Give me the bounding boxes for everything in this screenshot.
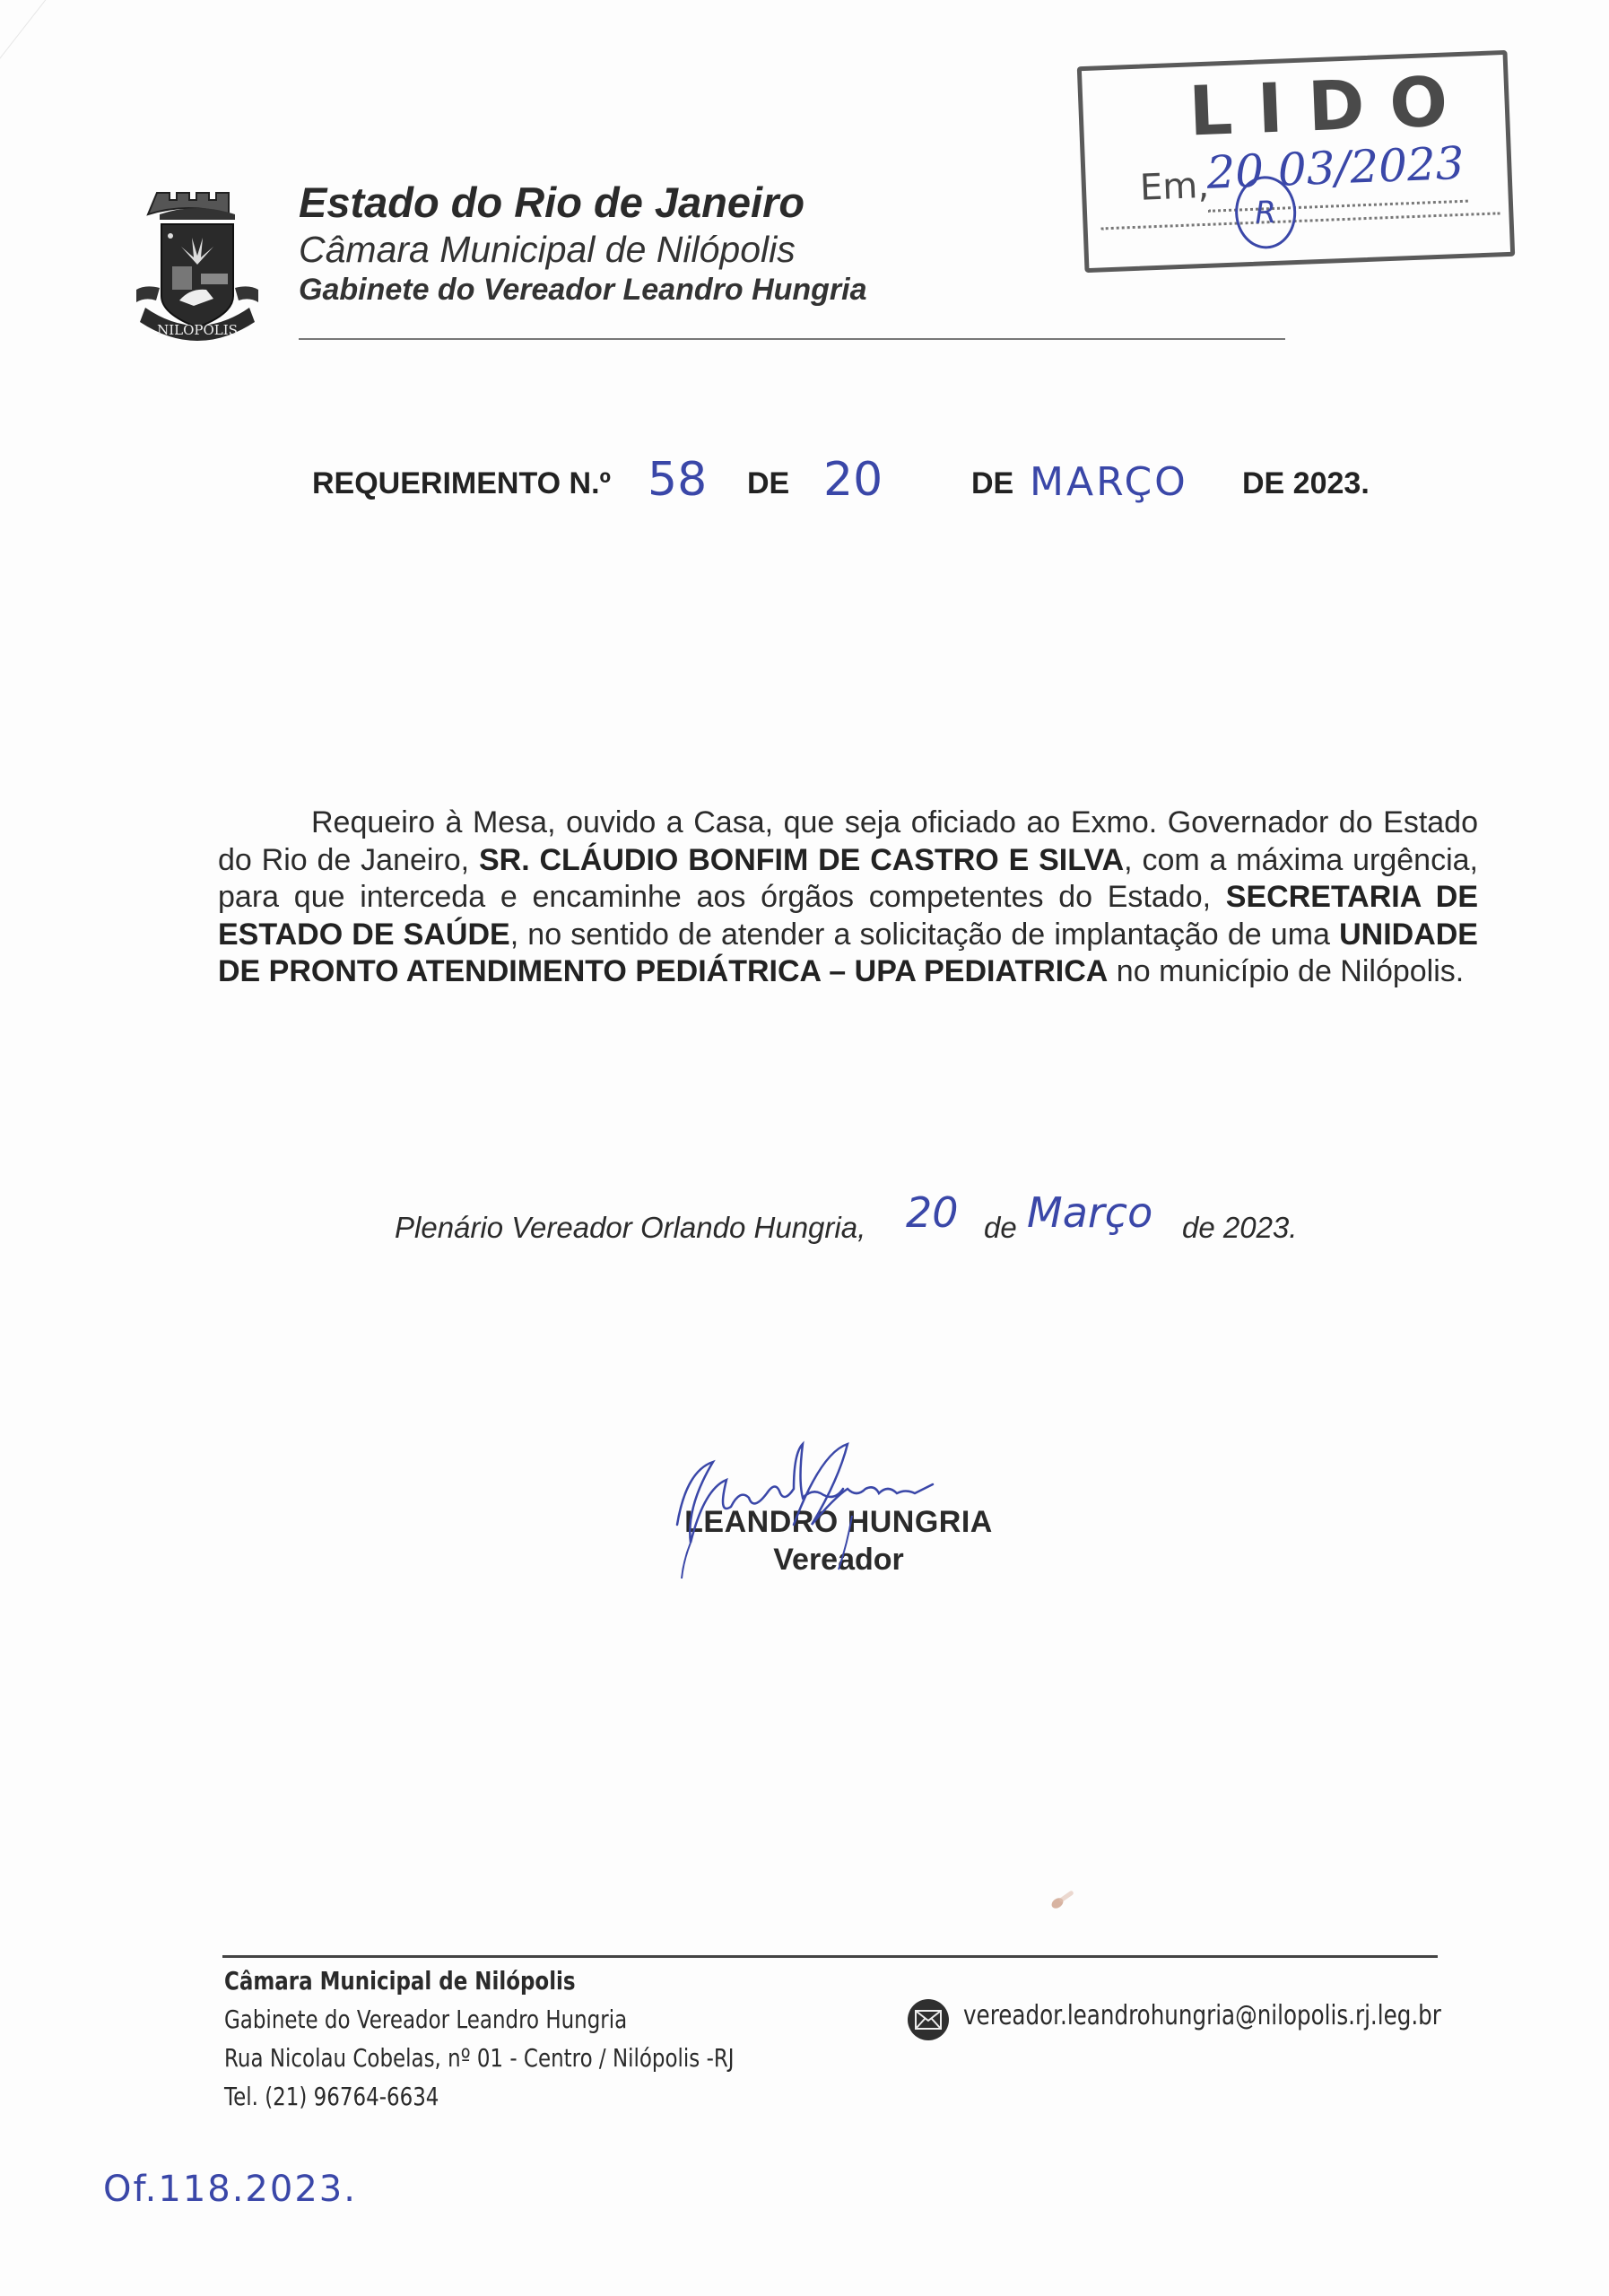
req-year: DE 2023. bbox=[1242, 466, 1370, 501]
body-text: no município de Nilópolis. bbox=[1108, 954, 1464, 988]
request-body: Requeiro à Mesa, ouvido a Casa, que seja… bbox=[218, 804, 1478, 991]
closing-de: de bbox=[984, 1211, 1017, 1245]
municipal-crest-icon: NILOPOLIS bbox=[126, 184, 269, 345]
closing-month: Março bbox=[1027, 1188, 1152, 1237]
header-state: Estado do Rio de Janeiro bbox=[299, 178, 804, 227]
footer-phone: Tel. (21) 96764-6634 bbox=[224, 2082, 439, 2111]
stamp-initial: R bbox=[1255, 194, 1277, 230]
req-day: 20 bbox=[823, 453, 883, 507]
closing-day: 20 bbox=[906, 1188, 959, 1237]
req-de: DE bbox=[747, 466, 789, 501]
header-chamber: Câmara Municipal de Nilópolis bbox=[299, 229, 796, 271]
ink-smudge bbox=[1058, 1890, 1074, 1902]
closing-place: Plenário Vereador Orlando Hungria, bbox=[395, 1211, 865, 1245]
footer-address: Rua Nicolau Cobelas, nº 01 - Centro / Ni… bbox=[224, 2043, 735, 2073]
body-text: , no sentido de atender a solicitação de… bbox=[510, 918, 1339, 952]
governor-name: SR. CLÁUDIO BONFIM DE CASTRO E SILVA bbox=[479, 843, 1124, 877]
req-de: DE bbox=[971, 466, 1013, 501]
handwritten-signature bbox=[641, 1426, 1018, 1583]
closing-year: de 2023. bbox=[1182, 1211, 1297, 1245]
req-label: REQUERIMENTO N.º bbox=[312, 466, 611, 501]
footer-divider bbox=[222, 1955, 1438, 1958]
stamp-em-label: Em, bbox=[1139, 165, 1210, 209]
req-month: MARÇO bbox=[1030, 459, 1188, 505]
footer-email[interactable]: vereador.leandrohungria@nilopolis.rj.leg… bbox=[963, 2000, 1441, 2031]
header-office: Gabinete do Vereador Leandro Hungria bbox=[299, 273, 867, 308]
req-number: 58 bbox=[648, 453, 707, 507]
footer-office: Gabinete do Vereador Leandro Hungria bbox=[224, 2005, 627, 2034]
paper-crease bbox=[0, 0, 104, 82]
header-divider bbox=[299, 338, 1285, 340]
svg-text:NILOPOLIS: NILOPOLIS bbox=[157, 322, 238, 338]
footer-org: Câmara Municipal de Nilópolis bbox=[224, 1966, 576, 1996]
oficio-handwritten-note: Of.118.2023. bbox=[103, 2169, 357, 2210]
envelope-icon bbox=[908, 1999, 949, 2040]
lido-stamp: LIDO Em, 20 03/2023 R bbox=[1077, 50, 1515, 273]
stamp-dotted-line bbox=[1101, 212, 1500, 230]
